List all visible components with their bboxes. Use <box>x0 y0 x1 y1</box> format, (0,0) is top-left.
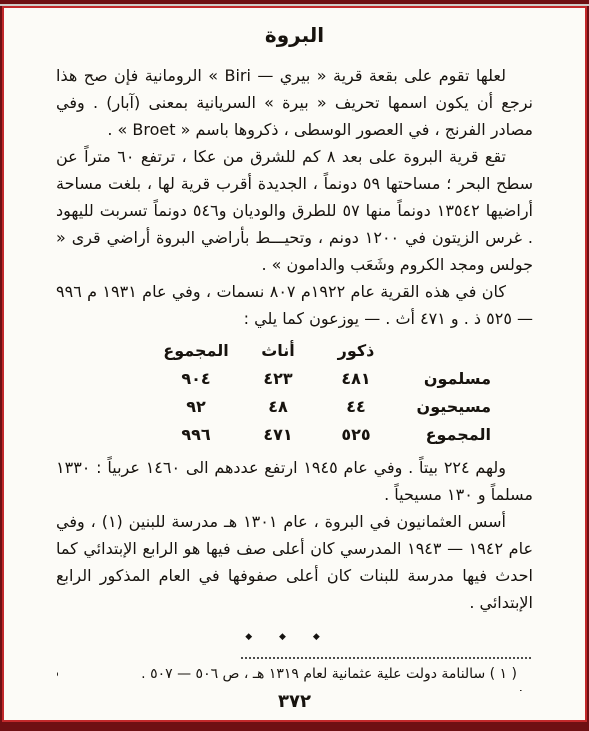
page-body: البروة لعلها تقوم على بقعة قرية « بيري —… <box>4 8 585 710</box>
table-header-males: ذكور <box>316 337 396 365</box>
paragraph-location-area: تقع قرية البروة على بعد ٨ كم للشرق من عك… <box>56 143 533 278</box>
footnote-area: ( ١ ) سالنامة دولت علية عثمانية لعام ١٣١… <box>58 657 531 684</box>
table-row-label-total: المجموع <box>396 421 491 449</box>
table-corner-cell <box>396 337 491 365</box>
population-table: ذكور أناث المجموع مسلمون ٤٨١ ٤٢٣ ٩٠٤ مسي… <box>152 337 491 449</box>
paragraph-schools: أسس العثمانيون في البروة ، عام ١٣٠١ هـ م… <box>56 508 533 616</box>
paragraph-population-intro: كان في هذه القرية عام ١٩٢٢م ٨٠٧ نسمات ، … <box>56 278 533 332</box>
footnote-text: ( ١ ) سالنامة دولت علية عثمانية لعام ١٣١… <box>58 664 531 684</box>
footnote-rule <box>241 657 531 659</box>
table-cell-christians-females: ٤٨ <box>240 393 316 421</box>
table-cell-muslims-total: ٩٠٤ <box>152 365 240 393</box>
page-number: ٣٧٢ <box>4 691 585 712</box>
table-cell-total-total: ٩٩٦ <box>152 421 240 449</box>
table-header-total: المجموع <box>152 337 240 365</box>
table-header-females: أناث <box>240 337 316 365</box>
table-cell-muslims-females: ٤٢٣ <box>240 365 316 393</box>
page-title: البروة <box>56 22 533 49</box>
table-row-label-christians: مسيحيون <box>396 393 491 421</box>
scanned-book-page: البروة لعلها تقوم على بقعة قرية « بيري —… <box>0 0 589 731</box>
table-cell-total-females: ٤٧١ <box>240 421 316 449</box>
section-separator: ◆ ◆ ◆ <box>56 624 533 651</box>
table-cell-muslims-males: ٤٨١ <box>316 365 396 393</box>
table-cell-christians-males: ٤٤ <box>316 393 396 421</box>
page-frame: البروة لعلها تقوم على بقعة قرية « بيري —… <box>2 6 587 722</box>
table-cell-christians-total: ٩٢ <box>152 393 240 421</box>
paragraph-houses-1945: ولهم ٢٢٤ بيتاً . وفي عام ١٩٤٥ ارتفع عدده… <box>56 454 533 508</box>
paragraph-name-origin: لعلها تقوم على بقعة قرية « بيري — Biri »… <box>56 62 533 143</box>
table-cell-total-males: ٥٢٥ <box>316 421 396 449</box>
table-row-label-muslims: مسلمون <box>396 365 491 393</box>
